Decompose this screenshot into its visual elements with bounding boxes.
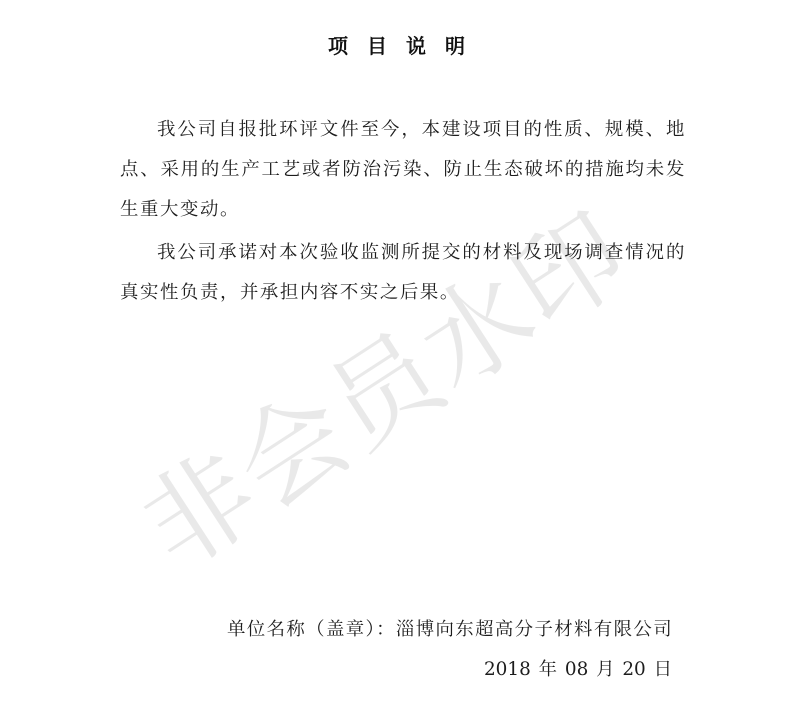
- company-name: 淄博向东超高分子材料有限公司: [396, 619, 673, 640]
- signature-label: 单位名称（盖章）：: [227, 619, 396, 640]
- document-date: 2018 年 08 月 20 日: [484, 655, 672, 681]
- page-title: 项目说明: [0, 30, 793, 59]
- paragraph-2-container: 我公司承诺对本次验收监测所提交的材料及现场调查情况的真实性负责，并承担内容不实之…: [120, 233, 686, 313]
- paragraph-no-change-statement: 我公司自报批环评文件至今，本建设项目的性质、规模、地点、采用的生产工艺或者防治污…: [120, 110, 686, 230]
- paragraph-authenticity-commitment: 我公司承诺对本次验收监测所提交的材料及现场调查情况的真实性负责，并承担内容不实之…: [120, 233, 686, 313]
- paragraph-1-container: 我公司自报批环评文件至今，本建设项目的性质、规模、地点、采用的生产工艺或者防治污…: [120, 110, 686, 230]
- signature-line: 单位名称（盖章）：淄博向东超高分子材料有限公司: [227, 615, 673, 641]
- document-page: 项目说明 我公司自报批环评文件至今，本建设项目的性质、规模、地点、采用的生产工艺…: [0, 0, 793, 718]
